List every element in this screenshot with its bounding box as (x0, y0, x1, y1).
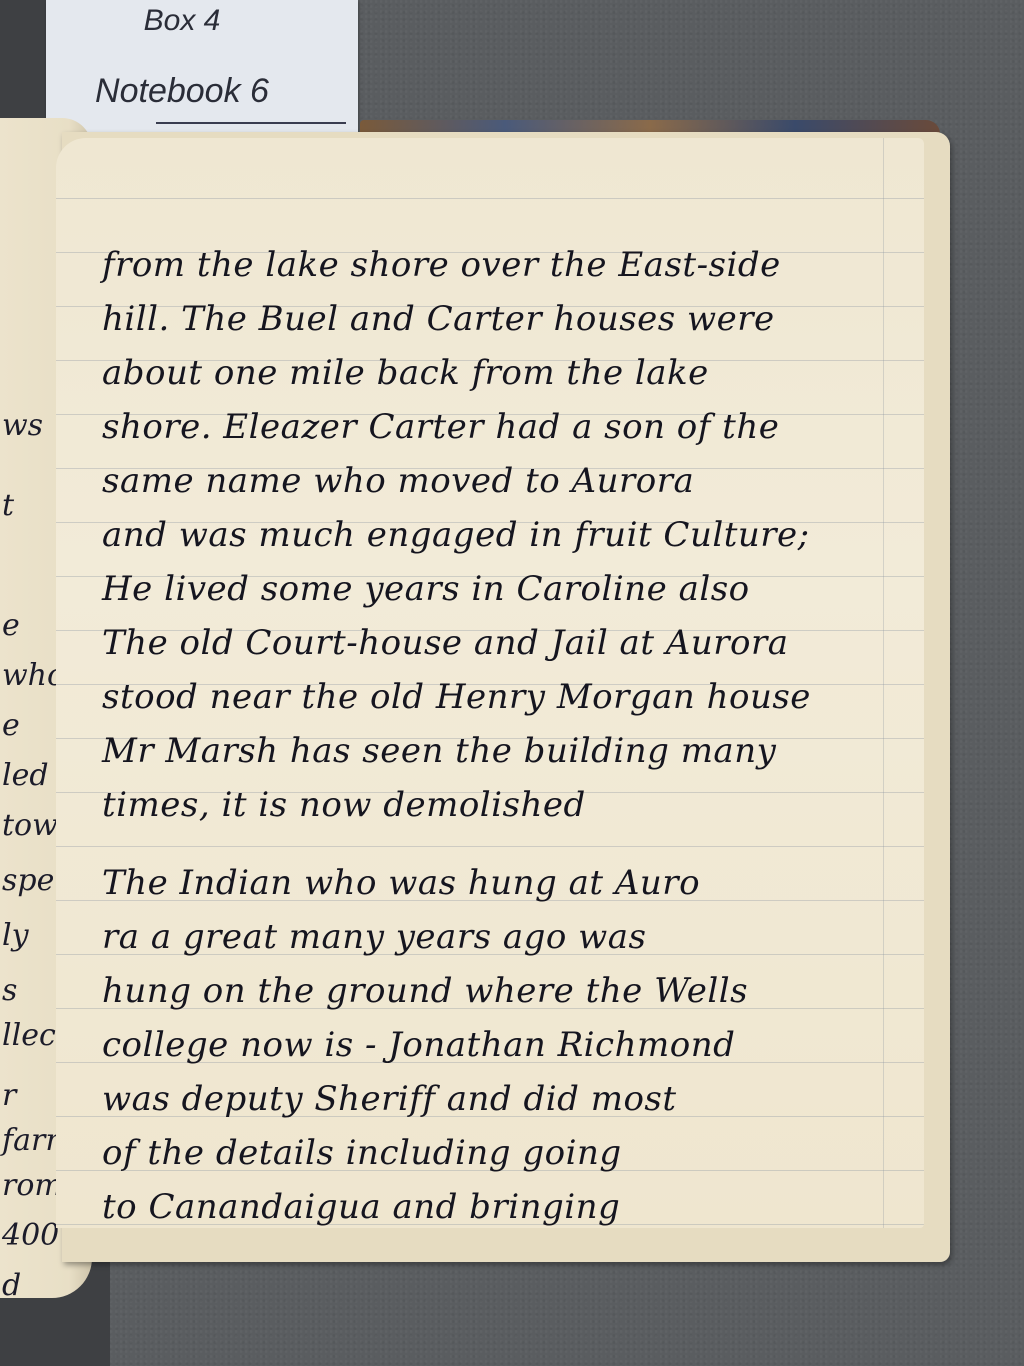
left-page-text-fragment: s (2, 973, 17, 1008)
handwritten-line: The Indian who was hung at Auro (102, 856, 922, 910)
left-page-text-fragment: r (2, 1078, 16, 1113)
handwritten-line: The old Court-house and Jail at Aurora (102, 616, 922, 670)
left-page-text-fragment: d (2, 1268, 21, 1298)
handwritten-line: and was much engaged in fruit Culture; (102, 508, 922, 562)
ruled-line (56, 198, 924, 199)
handwritten-line: times, it is now demolished (102, 778, 922, 832)
handwritten-line: was deputy Sheriff and did most (102, 1072, 922, 1126)
label-underline (156, 122, 346, 124)
handwritten-line: hung on the ground where the Wells (102, 964, 922, 1018)
handwritten-line: stood near the old Henry Morgan house (102, 670, 922, 724)
handwritten-line: Mr Marsh has seen the building many (102, 724, 922, 778)
ruled-line (56, 846, 924, 847)
right-page: from the lake shore over the East-sidehi… (56, 138, 924, 1228)
label-box-number: Box 4 (26, 4, 338, 38)
handwritten-line: to Canandaigua and bringing (102, 1180, 922, 1228)
left-page-text-fragment: e (2, 708, 20, 743)
handwritten-line: same name who moved to Aurora (102, 454, 922, 508)
left-page-text-fragment: 400 (2, 1218, 59, 1253)
label-notebook-number: Notebook 6 (26, 72, 338, 111)
handwritten-line: college now is - Jonathan Richmond (102, 1018, 922, 1072)
left-page-text-fragment: ws (2, 408, 43, 443)
left-page-text-fragment: ly (2, 918, 29, 953)
left-page-text-fragment: e (2, 608, 20, 643)
handwritten-line: of the details including going (102, 1126, 922, 1180)
handwritten-line: He lived some years in Caroline also (102, 562, 922, 616)
left-page-text-fragment: t (2, 488, 14, 523)
handwritten-line: hill. The Buel and Carter houses were (102, 292, 922, 346)
handwritten-line: ra a great many years ago was (102, 910, 922, 964)
handwritten-line: about one mile back from the lake (102, 346, 922, 400)
left-page-text-fragment: led (2, 758, 49, 793)
handwritten-line: shore. Eleazer Carter had a son of the (102, 400, 922, 454)
handwritten-line: from the lake shore over the East-side (102, 238, 922, 292)
left-page-text-fragment: rom (2, 1168, 63, 1203)
